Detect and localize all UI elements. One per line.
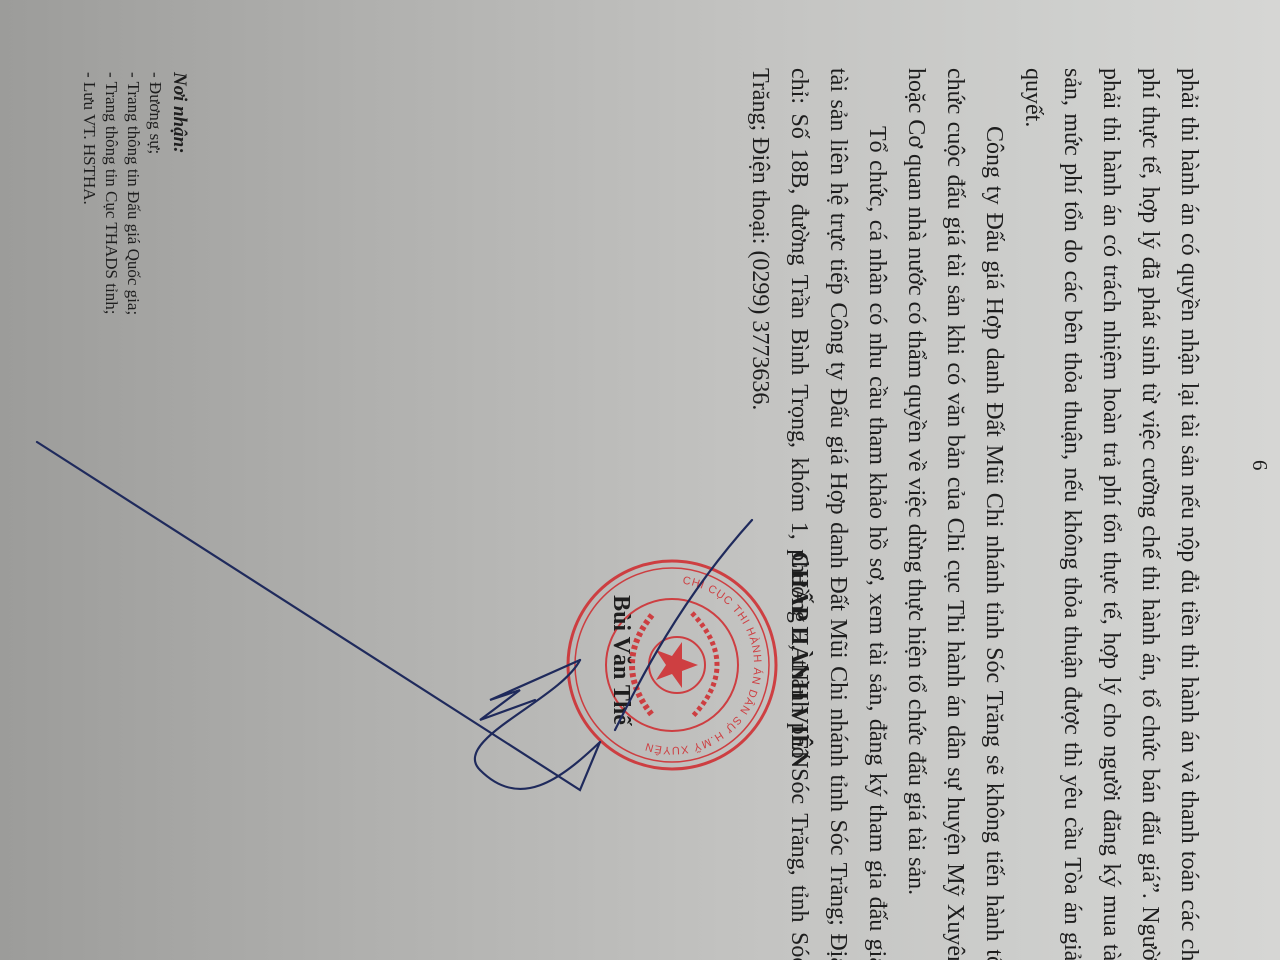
signer-name: Bùi Văn Thế <box>607 470 634 850</box>
signature-title: CHẤP HÀNH VIÊN <box>785 470 812 850</box>
paragraph-2: Công ty Đấu giá Hợp danh Đất Mũi Chi nhá… <box>896 68 1013 960</box>
page-number: 6 <box>1247 460 1272 471</box>
signature-block: CHẤP HÀNH VIÊN Bùi Văn Thế <box>785 470 812 850</box>
paragraph-1: phải thi hành án có quyền nhận lại tài s… <box>1013 68 1208 960</box>
recipients-heading: Nơi nhận: <box>168 72 190 315</box>
paragraph-3: Tổ chức, cá nhân có nhu cầu tham khảo hồ… <box>740 68 896 960</box>
recipients-list: Nơi nhận: - Đương sự; - Trang thông tin … <box>78 72 190 315</box>
recipient-item: - Đương sự; <box>144 72 166 315</box>
recipient-item: - Lưu VT. HSTHA. <box>78 72 100 315</box>
document-page: 6 phải thi hành án có quyền nhận lại tài… <box>0 0 1280 960</box>
recipient-item: - Trang thông tin Đấu giá Quốc gia; <box>122 72 144 315</box>
official-seal-icon: CHI CỤC THI HÀNH ÁN DÂN SỰ H.MỸ XUYÊN <box>562 555 782 775</box>
recipient-item: - Trang thông tin Cục THADS tỉnh; <box>100 72 122 315</box>
